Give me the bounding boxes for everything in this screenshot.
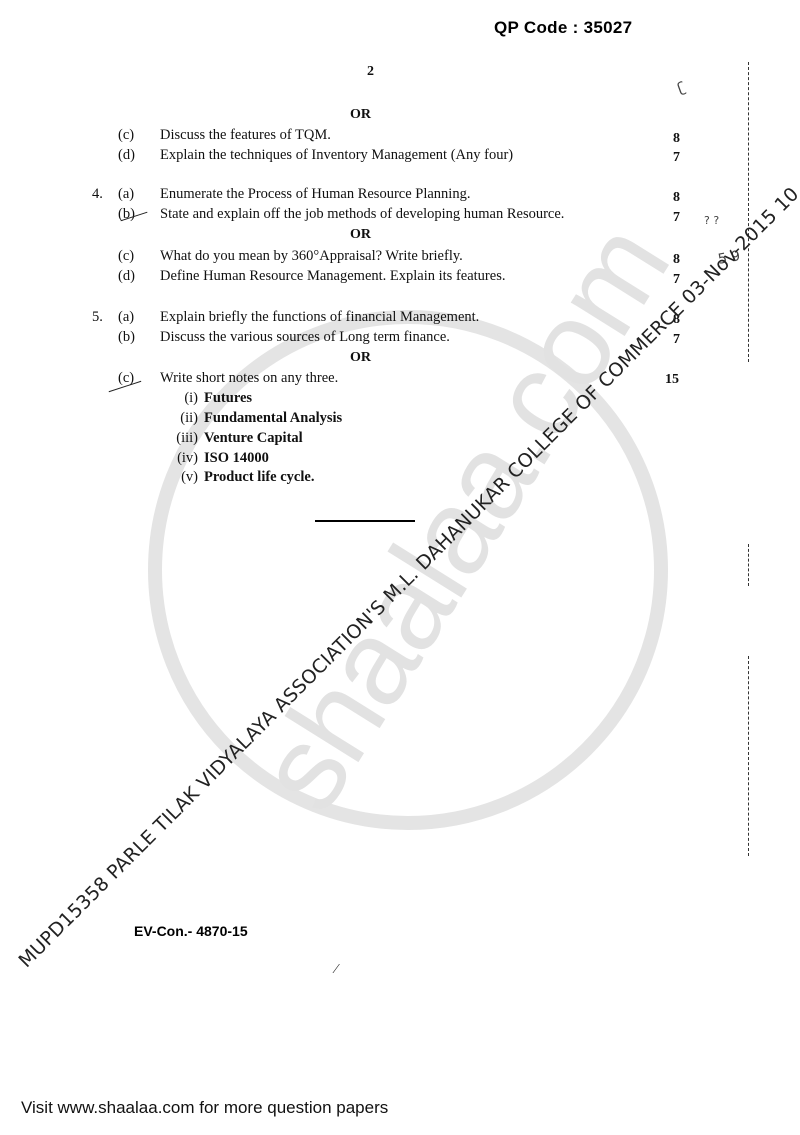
qp-code: QP Code : 35027 — [494, 18, 632, 38]
sub-item: (ii)Fundamental Analysis — [164, 410, 342, 427]
sub-item: (v)Product life cycle. — [164, 469, 314, 486]
question-marks: 7 — [673, 272, 680, 288]
sub-item-text: Venture Capital — [204, 430, 303, 446]
page-number: 2 — [367, 64, 374, 80]
sub-item-number: (iii) — [164, 430, 198, 447]
sub-item-text: Fundamental Analysis — [204, 410, 342, 426]
question-part: (c) — [118, 248, 134, 265]
footer-code: EV-Con.- 4870-15 — [134, 923, 248, 939]
question-marks: 7 — [673, 150, 680, 166]
or-divider: OR — [350, 350, 371, 366]
question-part: (d) — [118, 147, 135, 164]
or-divider: OR — [350, 107, 371, 123]
question-text: Discuss the various sources of Long term… — [160, 329, 450, 346]
question-marks: 8 — [673, 252, 680, 268]
end-divider — [315, 520, 415, 522]
question-text: Discuss the features of TQM. — [160, 127, 331, 144]
question-marks: 7 — [673, 332, 680, 348]
question-part: (b) — [118, 329, 135, 346]
question-part: (d) — [118, 268, 135, 285]
question-text: Explain briefly the functions of financi… — [160, 309, 479, 326]
question-part: (a) — [118, 186, 134, 203]
sub-item: (iii)Venture Capital — [164, 430, 303, 447]
margin-line — [748, 656, 749, 856]
sub-item-number: (iv) — [164, 450, 198, 467]
sub-item-text: ISO 14000 — [204, 450, 269, 466]
question-marks: 8 — [673, 131, 680, 147]
or-divider: OR — [350, 227, 371, 243]
visit-link[interactable]: Visit www.shaalaa.com for more question … — [21, 1098, 388, 1118]
sub-item: (i)Futures — [164, 390, 252, 407]
question-text: Enumerate the Process of Human Resource … — [160, 186, 470, 203]
margin-line — [748, 544, 749, 586]
sub-item-number: (i) — [164, 390, 198, 407]
question-number: 5. — [92, 309, 103, 326]
handwritten-note: ? ? — [704, 214, 719, 227]
sub-item-number: (v) — [164, 469, 198, 486]
question-marks: 7 — [673, 210, 680, 226]
sub-item-text: Futures — [204, 390, 252, 406]
handwritten-mark: ʗ — [675, 79, 687, 96]
question-text: State and explain off the job methods of… — [160, 206, 564, 223]
sub-item-number: (ii) — [164, 410, 198, 427]
page-mark: ⁄ — [335, 962, 337, 978]
question-text: Explain the techniques of Inventory Mana… — [160, 147, 513, 164]
watermark-stamp: MUPD15358 PARLE TILAK VIDYALAYA ASSOCIAT… — [14, 183, 800, 972]
question-marks: 8 — [673, 190, 680, 206]
sub-item-text: Product life cycle. — [204, 469, 314, 485]
question-number: 4. — [92, 186, 103, 203]
sub-item: (iv)ISO 14000 — [164, 450, 269, 467]
question-text: Define Human Resource Management. Explai… — [160, 268, 505, 285]
question-part: (a) — [118, 309, 134, 326]
question-marks: 15 — [665, 372, 679, 388]
question-text: Write short notes on any three. — [160, 370, 338, 387]
question-part: (c) — [118, 127, 134, 144]
margin-line — [748, 62, 749, 362]
question-text: What do you mean by 360°Appraisal? Write… — [160, 248, 463, 265]
